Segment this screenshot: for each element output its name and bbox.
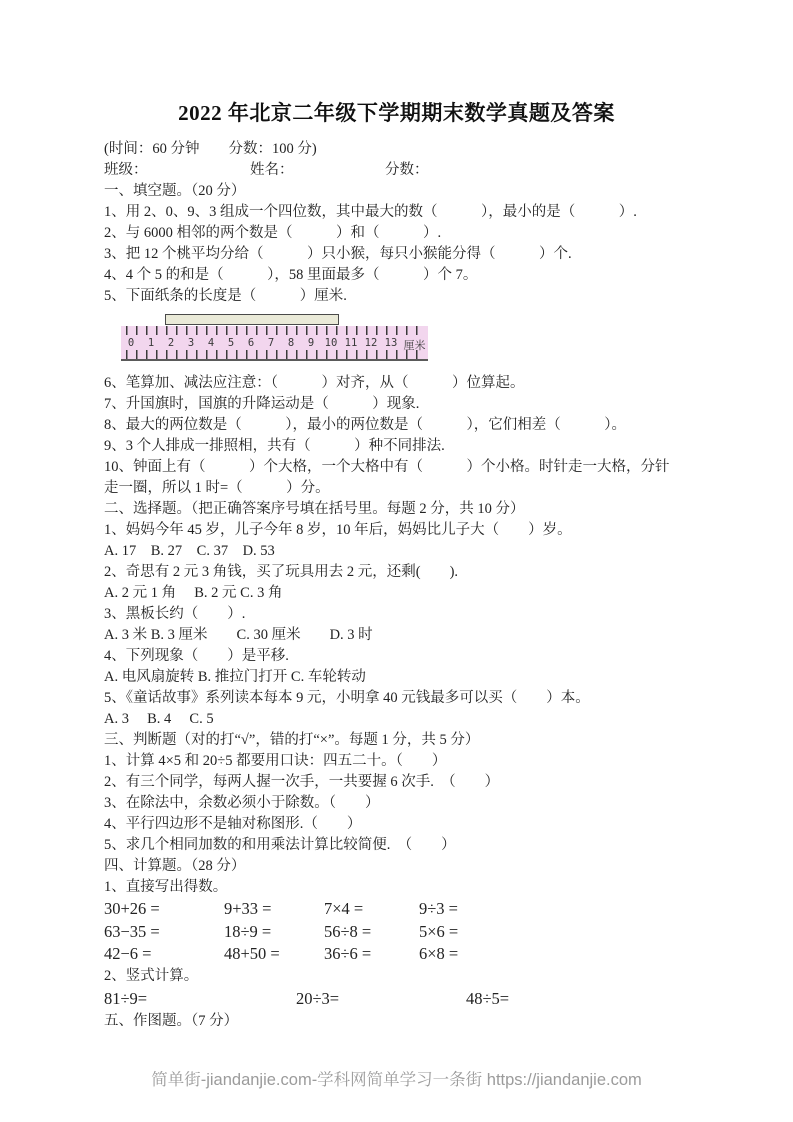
ruler: 0 1 2 3 4 5 6 7 8 9 10 11 12 13 厘米 xyxy=(121,326,428,361)
section-2-heading: 二、选择题。（把正确答案序号填在括号里。每题 2 分，共 10 分） xyxy=(104,499,724,520)
fill-q9: 9、3 个人排成一排照相，共有（ ）种不同排法. xyxy=(104,436,724,457)
paper-strip xyxy=(165,314,339,325)
mental-math-cell: 56÷8 = xyxy=(324,921,419,944)
vertical-calc-cell: 81÷9= xyxy=(104,987,296,1011)
choice-q1: 1、妈妈今年 45 岁，儿子今年 8 岁，10 年后，妈妈比儿子大（ ）岁。 xyxy=(104,520,724,541)
mental-math-cell: 9÷3 = xyxy=(419,898,724,921)
exam-meta: (时间：60 分钟 分数：100 分) xyxy=(104,139,724,160)
choice-q3: 3、黑板长约（ ）. xyxy=(104,604,724,625)
choice-q4-options: A. 电风扇旋转 B. 推拉门打开 C. 车轮转动 xyxy=(104,667,724,688)
fill-q2: 2、与 6000 相邻的两个数是（ ）和（ ）. xyxy=(104,223,724,244)
judge-q1: 1、计算 4×5 和 20÷5 都要用口诀：四五二十。（ ） xyxy=(104,751,724,772)
score-label: 分数： xyxy=(385,160,429,181)
section-3-heading: 三、判断题（对的打“√”，错的打“×”。每题 1 分，共 5 分） xyxy=(104,730,724,751)
fill-q4: 4、4 个 5 的和是（ ），58 里面最多（ ）个 7。 xyxy=(104,265,724,286)
mental-math-row: 30+26 = 9+33 = 7×4 = 9÷3 = xyxy=(104,898,724,921)
ruler-ticks-bottom xyxy=(126,350,426,359)
choice-q1-options: A. 17 B. 27 C. 37 D. 53 xyxy=(104,541,724,562)
mental-math-row: 63−35 = 18÷9 = 56÷8 = 5×6 = xyxy=(104,921,724,944)
section-1-heading: 一、填空题。（20 分） xyxy=(104,181,724,202)
vertical-calc-cell: 20÷3= xyxy=(296,987,466,1011)
name-label: 姓名： xyxy=(250,160,294,181)
fill-q10-line1: 10、钟面上有（ ）个大格，一个大格中有（ ）个小格。时针走一大格，分针 xyxy=(104,457,724,478)
choice-q4: 4、下列现象（ ）是平移. xyxy=(104,646,724,667)
mental-math-cell: 63−35 = xyxy=(104,921,224,944)
mental-math-cell: 7×4 = xyxy=(324,898,419,921)
exam-content: (时间：60 分钟 分数：100 分) 班级： 姓名： 分数： 一、填空题。（2… xyxy=(104,139,724,1032)
judge-q5: 5、求几个相同加数的和用乘法计算比较简便. （ ） xyxy=(104,835,724,856)
mental-math-row: 42−6 = 48+50 = 36÷6 = 6×8 = xyxy=(104,943,724,966)
fill-q3: 3、把 12 个桃平均分给（ ）只小猴，每只小猴能分得（ ）个. xyxy=(104,244,724,265)
fill-q7: 7、升国旗时，国旗的升降运动是（ ）现象. xyxy=(104,394,724,415)
judge-q3: 3、在除法中，余数必须小于除数。（ ） xyxy=(104,793,724,814)
fill-q1: 1、用 2、0、9、3 组成一个四位数，其中最大的数（ ），最小的是（ ）. xyxy=(104,202,724,223)
choice-q5-options: A. 3 B. 4 C. 5 xyxy=(104,709,724,730)
page-title: 2022 年北京二年级下学期期末数学真题及答案 xyxy=(0,97,793,127)
choice-q2-options: A. 2 元 1 角 B. 2 元 C. 3 角 xyxy=(104,583,724,604)
section-5-heading: 五、作图题。（7 分） xyxy=(104,1011,724,1032)
ruler-figure: 0 1 2 3 4 5 6 7 8 9 10 11 12 13 厘米 xyxy=(104,311,724,373)
student-info-line: 班级： 姓名： 分数： xyxy=(104,160,724,181)
exam-page: 2022 年北京二年级下学期期末数学真题及答案 (时间：60 分钟 分数：100… xyxy=(0,0,793,1122)
judge-q2: 2、有三个同学，每两人握一次手，一共要握 6 次手. （ ） xyxy=(104,772,724,793)
mental-math-cell: 48+50 = xyxy=(224,943,324,966)
choice-q3-options: A. 3 米 B. 3 厘米 C. 30 厘米 D. 3 时 xyxy=(104,625,724,646)
section-4-heading: 四、计算题。（28 分） xyxy=(104,856,724,877)
vertical-calc-row: 81÷9= 20÷3= 48÷5= xyxy=(104,987,724,1011)
page-footer: 简单街-jiandanjie.com-学科网简单学习一条街 https://ji… xyxy=(0,1066,793,1090)
fill-q6: 6、笔算加、减法应注意：（ ）对齐，从（ ）位算起。 xyxy=(104,373,724,394)
fill-q5: 5、下面纸条的长度是（ ）厘米. xyxy=(104,286,724,307)
fill-q10-line2: 走一圈，所以 1 时=（ ）分。 xyxy=(104,478,724,499)
mental-math-cell: 30+26 = xyxy=(104,898,224,921)
calc-sub2: 2、竖式计算。 xyxy=(104,966,724,987)
mental-math-cell: 9+33 = xyxy=(224,898,324,921)
choice-q2: 2、奇思有 2 元 3 角钱，买了玩具用去 2 元，还剩( ). xyxy=(104,562,724,583)
fill-q8: 8、最大的两位数是（ ），最小的两位数是（ ），它们相差（ ）。 xyxy=(104,415,724,436)
mental-math-cell: 36÷6 = xyxy=(324,943,419,966)
mental-math-cell: 6×8 = xyxy=(419,943,724,966)
ruler-ticks-top xyxy=(126,326,426,335)
vertical-calc-cell: 48÷5= xyxy=(466,987,724,1011)
choice-q5: 5、《童话故事》系列读本每本 9 元，小明拿 40 元钱最多可以买（ ）本。 xyxy=(104,688,724,709)
calc-sub1: 1、直接写出得数。 xyxy=(104,877,724,898)
mental-math-cell: 5×6 = xyxy=(419,921,724,944)
judge-q4: 4、平行四边形不是轴对称图形.（ ） xyxy=(104,814,724,835)
mental-math-cell: 42−6 = xyxy=(104,943,224,966)
mental-math-cell: 18÷9 = xyxy=(224,921,324,944)
class-label: 班级： xyxy=(104,160,148,181)
